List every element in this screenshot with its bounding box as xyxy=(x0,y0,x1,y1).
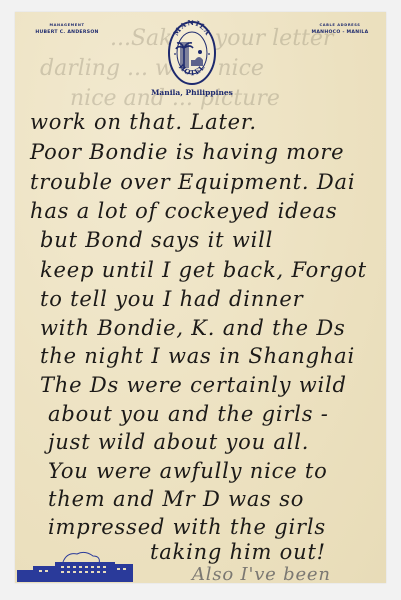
letter-line: to tell you I had dinner xyxy=(40,287,303,311)
manila-hotel-logo-icon: MANILA HOTEL xyxy=(167,20,217,86)
letter-line: keep until I get back, Forgot xyxy=(40,258,367,282)
letter-line: just wild about you all. xyxy=(48,430,309,454)
letter-line: has a lot of cockeyed ideas xyxy=(30,199,337,223)
manager-name: HUBERT C. ANDERSON xyxy=(22,29,112,37)
letter-line: but Bond says it will xyxy=(40,228,273,252)
letter-line: You were awfully nice to xyxy=(48,459,328,483)
letter-line: with Bondie, K. and the Ds xyxy=(40,316,346,340)
letter-line: them and Mr D was so xyxy=(48,487,304,511)
bleed-through-line: darling ... were nice xyxy=(40,56,264,81)
letter-line: impressed with the girls xyxy=(48,515,326,539)
cable-address: MANHOCO - MANILA xyxy=(295,29,385,37)
cable-address-block: CABLE ADDRESS MANHOCO - MANILA xyxy=(295,21,385,37)
letter-line: the night I was in Shanghai xyxy=(40,344,355,368)
letter-line: work on that. Later. xyxy=(30,110,257,134)
letter-line: The Ds were certainly wild xyxy=(40,373,347,397)
hotel-location: Manila, Philippines xyxy=(150,88,234,97)
letter-line-continuation: Also I've been xyxy=(192,564,331,585)
letter-line: taking him out! xyxy=(150,540,326,564)
letter-line: trouble over Equipment. Dai xyxy=(30,170,355,194)
letter-line: Poor Bondie is having more xyxy=(30,140,344,164)
management-label: MANAGEMENT xyxy=(22,21,112,29)
management-block: MANAGEMENT HUBERT C. ANDERSON xyxy=(22,21,112,37)
letter-line: about you and the girls - xyxy=(48,402,329,426)
cable-address-label: CABLE ADDRESS xyxy=(295,21,385,29)
hotel-building-illustration-icon xyxy=(15,548,135,586)
